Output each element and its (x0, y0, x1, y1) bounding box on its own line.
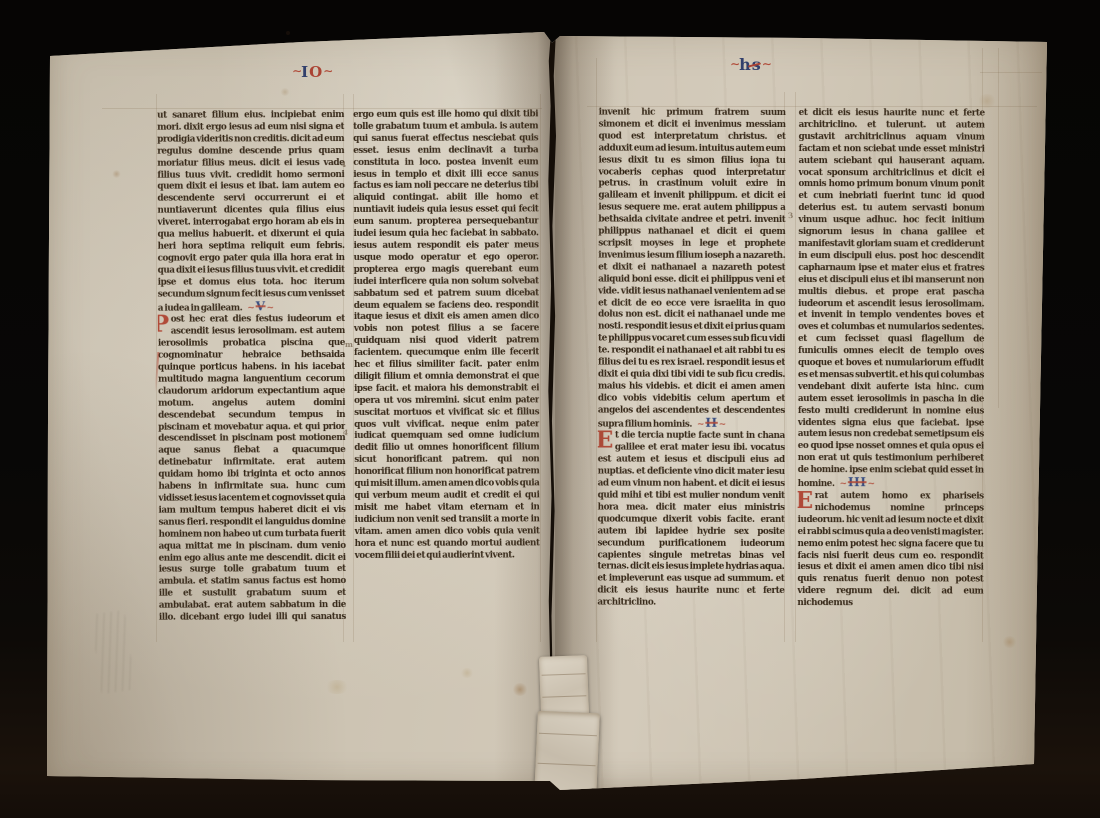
dust-speck (286, 31, 290, 35)
parchment-repair (539, 655, 589, 717)
repair-fold-line (539, 733, 596, 736)
text-column-recto-b: et dicit eis iesus haurite nunc et ferte… (797, 108, 984, 622)
scripture-paragraph: Et die tercia nuptie facte sunt in chana… (597, 431, 784, 610)
rubric-flourish: ∼ (762, 57, 771, 71)
stain (460, 668, 474, 678)
stain (280, 88, 290, 96)
rubric-flourish: ∼ (267, 303, 274, 313)
scripture-text: ut sanaret filium eius. incipiebat enim … (157, 110, 345, 313)
parchment-repair (534, 711, 600, 800)
margin-mark: 3 (788, 212, 794, 220)
scripture-paragraph: invenit hic primum fratrem suum simonem … (598, 107, 786, 431)
running-title-recto: ∼hs∼ (730, 57, 771, 73)
text-column-verso-a: ut sanaret filium eius. incipiebat enim … (157, 110, 346, 625)
stain (977, 94, 997, 108)
repair-fold-line (542, 695, 586, 698)
running-title-letter: I (301, 63, 309, 81)
rubric-flourish: ∼ (719, 419, 726, 429)
scripture-text: rat autem homo ex phariseis nichodemus n… (797, 491, 983, 608)
pencil-inscription (91, 610, 136, 694)
scripture-text: invenit hic primum fratrem suum simonem … (598, 107, 786, 429)
chapter-numeral-v: ∼V∼ (247, 303, 274, 313)
rubric-flourish: ∼ (868, 479, 875, 489)
rubric-flourish: ∼ (247, 303, 254, 313)
chapter-initial-e: E (797, 491, 812, 511)
repair-fold-line (538, 763, 595, 766)
ruling-line (980, 72, 1042, 73)
text-column-recto-a: invenit hic primum fratrem suum simonem … (597, 107, 785, 621)
recto-text-block: invenit hic primum fratrem suum simonem … (597, 107, 984, 622)
scripture-text: t die tercia nuptie facte sunt in chana … (597, 431, 784, 608)
stain (324, 680, 350, 694)
chapter-initial-p: P (157, 315, 169, 335)
scripture-text: ost hec erat dies festus iudeorum et asc… (158, 314, 346, 624)
scripture-paragraph: Erat autem homo ex phariseis nichodemus … (797, 491, 983, 611)
running-title-letter: O (309, 63, 323, 81)
scripture-paragraph: ut sanaret filium eius. incipiebat enim … (157, 110, 345, 315)
margin-mark: 4 (343, 429, 349, 437)
margin-mark: 4 (341, 161, 346, 169)
rubric-flourish: ∼ (292, 64, 301, 78)
scripture-text: et dicit eis iesus haurite nunc et ferte… (798, 108, 985, 489)
rubric-flourish: ∼ (730, 57, 739, 71)
running-title-verso: ∼IO∼ (292, 65, 332, 80)
rubric-flourish: ∼ (323, 64, 332, 78)
ruling-line (998, 48, 999, 408)
repair-fold-line (542, 673, 586, 676)
scripture-paragraph: et dicit eis iesus haurite nunc et ferte… (798, 108, 985, 491)
photo-background: ∼IO∼ ∼hs∼ ut sanaret filium eius. incipi… (0, 0, 1100, 818)
stain (1002, 636, 1017, 648)
stain (112, 170, 121, 178)
chapter-numeral-iii: ∼III∼ (840, 479, 875, 489)
scripture-paragraph: Post hec erat dies festus iudeorum et as… (158, 314, 346, 624)
manuscript-bifolium: ∼IO∼ ∼hs∼ ut sanaret filium eius. incipi… (42, 28, 1048, 800)
margin-mark: m (345, 341, 353, 349)
chapter-numeral-ii: ∼II∼ (697, 419, 726, 429)
margin-mark: 4 (756, 161, 761, 169)
verso-text-block: ut sanaret filium eius. incipiebat enim … (157, 109, 540, 624)
